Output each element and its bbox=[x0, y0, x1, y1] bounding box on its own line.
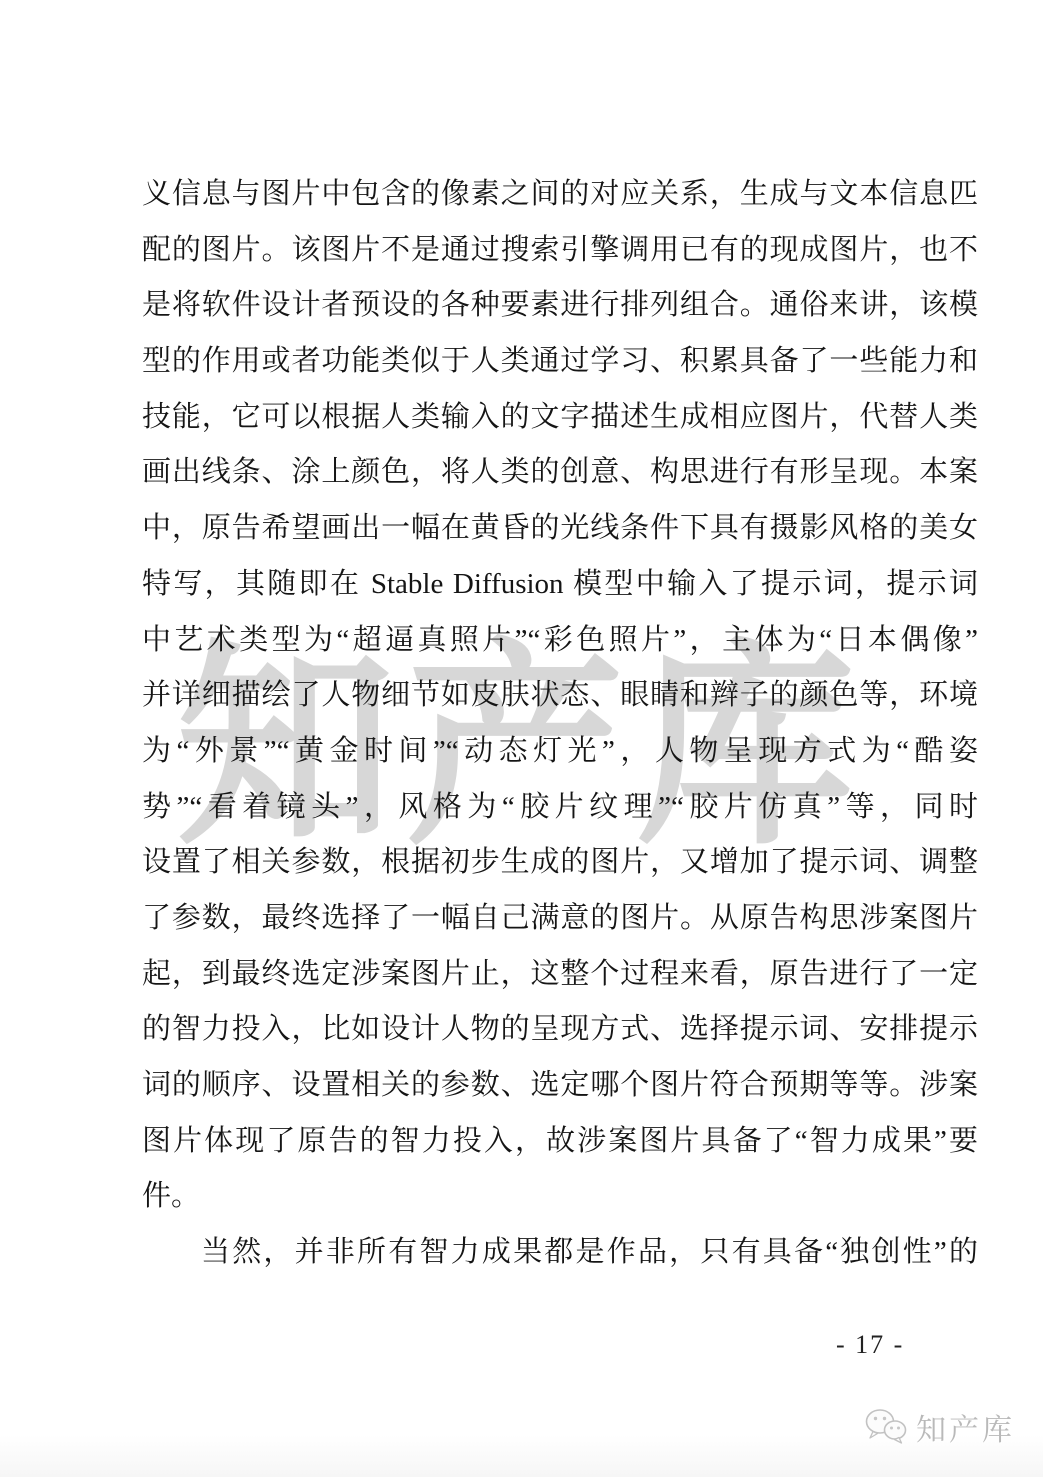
document-page: 知产库 义信息与图片中包含的像素之间的对应关系，生成与文本信息匹配的图片。该图片… bbox=[0, 0, 1043, 1477]
text-line: 型的作用或者功能类似于人类通过学习、积累具备了一些能力和 bbox=[142, 334, 978, 390]
body-text: 义信息与图片中包含的像素之间的对应关系，生成与文本信息匹配的图片。该图片不是通过… bbox=[142, 167, 978, 1281]
text-line: 为“外景”“黄金时间”“动态灯光”，人物呈现方式为“酷姿 bbox=[142, 724, 978, 780]
text-line: 技能，它可以根据人类输入的文字描述生成相应图片，代替人类 bbox=[142, 390, 978, 446]
footer-brand: 知产库 bbox=[863, 1405, 1015, 1449]
text-line: 义信息与图片中包含的像素之间的对应关系，生成与文本信息匹 bbox=[142, 167, 978, 223]
text-line: 是将软件设计者预设的各种要素进行排列组合。通俗来讲，该模 bbox=[142, 278, 978, 334]
text-line: 中艺术类型为“超逼真照片”“彩色照片”，主体为“日本偶像” bbox=[142, 613, 978, 669]
text-line: 件。 bbox=[142, 1169, 978, 1225]
text-line: 词的顺序、设置相关的参数、选定哪个图片符合预期等等。涉案 bbox=[142, 1058, 978, 1114]
text-line: 了参数，最终选择了一幅自己满意的图片。从原告构思涉案图片 bbox=[142, 891, 978, 947]
text-line: 中，原告希望画出一幅在黄昏的光线条件下具有摄影风格的美女 bbox=[142, 501, 978, 557]
text-line: 的智力投入，比如设计人物的呈现方式、选择提示词、安排提示 bbox=[142, 1002, 978, 1058]
text-line: 起，到最终选定涉案图片止，这整个过程来看，原告进行了一定 bbox=[142, 947, 978, 1003]
text-line: 画出线条、涂上颜色，将人类的创意、构思进行有形呈现。本案 bbox=[142, 445, 978, 501]
text-line: 当然，并非所有智力成果都是作品，只有具备“独创性”的 bbox=[142, 1225, 978, 1281]
text-line: 势”“看着镜头”，风格为“胶片纹理”“胶片仿真”等，同时 bbox=[142, 780, 978, 836]
text-line: 配的图片。该图片不是通过搜索引擎调用已有的现成图片，也不 bbox=[142, 223, 978, 279]
text-line: 并详细描绘了人物细节如皮肤状态、眼睛和辫子的颜色等，环境 bbox=[142, 668, 978, 724]
text-line: 设置了相关参数，根据初步生成的图片，又增加了提示词、调整 bbox=[142, 835, 978, 891]
text-line: 特写，其随即在 Stable Diffusion 模型中输入了提示词，提示词 bbox=[142, 557, 978, 613]
footer-brand-label: 知产库 bbox=[916, 1405, 1015, 1449]
page-number: - 17 - bbox=[836, 1330, 904, 1360]
wechat-bubbles-icon bbox=[863, 1408, 909, 1446]
text-line: 图片体现了原告的智力投入，故涉案图片具备了“智力成果”要 bbox=[142, 1114, 978, 1170]
